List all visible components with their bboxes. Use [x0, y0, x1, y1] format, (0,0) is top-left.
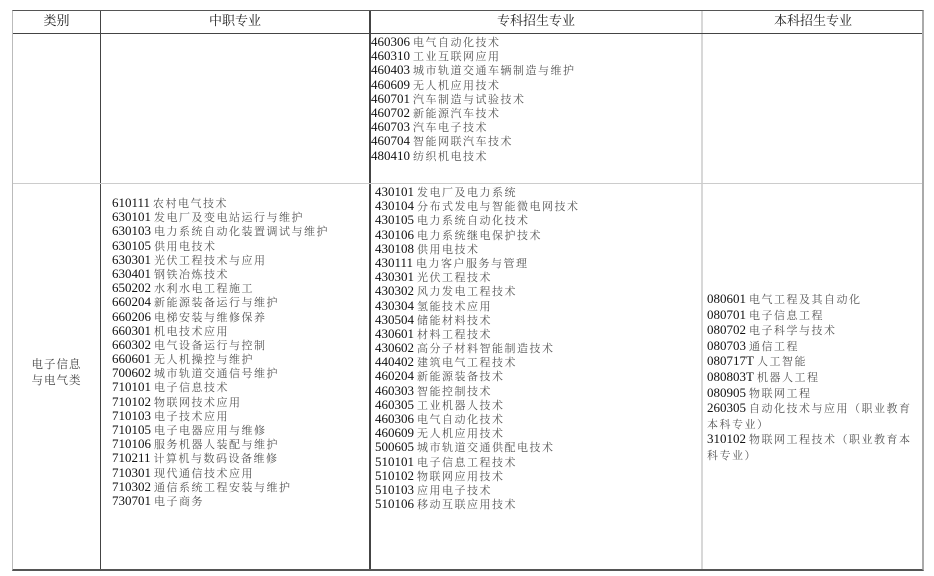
major-code: 430101: [375, 184, 414, 199]
major-code: 460306: [371, 34, 410, 49]
category-line: 与电气类: [13, 372, 100, 388]
major-name: 供用电技术: [417, 243, 480, 256]
major-name: 城市轨道交通信号维护: [154, 367, 279, 380]
major-code: 510103: [375, 482, 414, 497]
major-code: 510106: [375, 496, 414, 511]
major-item: 710102物联网技术应用: [112, 395, 329, 409]
major-name: 风力发电工程技术: [417, 285, 517, 298]
header-undergraduate: 本科招生专业: [703, 11, 923, 33]
major-item: 460703汽车电子技术: [371, 120, 576, 134]
major-name: 汽车制造与试验技术: [413, 93, 526, 106]
secondary-vocational-list: 610111农村电气技术630101发电厂及变电站运行与维护630103电力系统…: [112, 196, 329, 508]
major-item: 660204新能源装备运行与维护: [112, 295, 329, 309]
major-code: 710106: [112, 436, 151, 451]
major-item: 630105供用电技术: [112, 239, 329, 253]
major-name: 电力客户服务与管理: [416, 257, 529, 270]
major-name: 服务机器人装配与维护: [154, 438, 279, 451]
major-item: 630301光伏工程技术与应用: [112, 253, 329, 267]
major-name: 电梯安装与维修保养: [154, 311, 267, 324]
major-code: 260305: [707, 400, 746, 415]
major-name: 氢能技术应用: [417, 300, 492, 313]
major-name: 光伏工程技术与应用: [154, 254, 267, 267]
major-item: 710101电子信息技术: [112, 380, 329, 394]
column-divider: [701, 11, 703, 569]
category-cell: 电子信息 与电气类: [13, 356, 100, 388]
major-name: 农村电气技术: [153, 197, 228, 210]
major-item: 460306电气自动化技术: [375, 412, 580, 426]
major-item: 430304氢能技术应用: [375, 299, 580, 313]
major-name: 汽车电子技术: [413, 121, 488, 134]
major-code: 460306: [375, 411, 414, 426]
major-code: 700602: [112, 365, 151, 380]
major-code: 310102: [707, 431, 746, 446]
major-item: 430108供用电技术: [375, 242, 580, 256]
major-code: 430104: [375, 198, 414, 213]
major-item: 430101发电厂及电力系统: [375, 185, 580, 199]
major-code: 430111: [375, 255, 413, 270]
major-code: 460609: [375, 425, 414, 440]
major-code: 430106: [375, 227, 414, 242]
major-code: 440402: [375, 354, 414, 369]
major-item: 710105电子电器应用与维修: [112, 423, 329, 437]
major-name: 人工智能: [757, 355, 807, 368]
major-name: 新能源装备运行与维护: [154, 296, 279, 309]
major-name: 电子信息技术: [154, 381, 229, 394]
major-item: 430301光伏工程技术: [375, 270, 580, 284]
major-item: 630401钢铁冶炼技术: [112, 267, 329, 281]
major-name: 电力系统自动化装置调试与维护: [154, 225, 329, 238]
major-item: 430104分布式发电与智能微电网技术: [375, 199, 580, 213]
major-item: 430105电力系统自动化技术: [375, 213, 580, 227]
major-item: 660301机电技术应用: [112, 324, 329, 338]
major-code: 630401: [112, 266, 151, 281]
major-code: 660302: [112, 337, 151, 352]
major-name: 现代通信技术应用: [154, 467, 254, 480]
major-name: 智能网联汽车技术: [413, 135, 513, 148]
major-code: 660204: [112, 294, 151, 309]
major-name: 发电厂及变电站运行与维护: [154, 211, 304, 224]
header-category: 类别: [13, 11, 100, 33]
major-code: 630105: [112, 238, 151, 253]
major-code: 710301: [112, 465, 151, 480]
major-item: 650202水利水电工程施工: [112, 281, 329, 295]
major-name: 电气自动化技术: [417, 413, 505, 426]
major-item: 710106服务机器人装配与维护: [112, 437, 329, 451]
major-code: 430601: [375, 326, 414, 341]
undergraduate-list: 080601电气工程及其自动化080701电子信息工程080702电子科学与技术…: [707, 292, 921, 464]
major-name: 工业互联网应用: [413, 50, 501, 63]
major-code: 730701: [112, 493, 151, 508]
major-code: 080601: [707, 291, 746, 306]
major-item: 080803T机器人工程: [707, 370, 921, 386]
major-item: 460310工业互联网应用: [371, 49, 576, 63]
major-item: 430504储能材料技术: [375, 313, 580, 327]
major-name: 工业机器人技术: [417, 399, 505, 412]
major-code: 610111: [112, 195, 150, 210]
major-code: 080803T: [707, 369, 754, 384]
major-item: 710211计算机与数码设备维修: [112, 451, 329, 465]
major-item: 630101发电厂及变电站运行与维护: [112, 210, 329, 224]
major-name: 电气工程及其自动化: [749, 293, 862, 306]
major-name: 水利水电工程施工: [154, 282, 254, 295]
major-name: 无人机应用技术: [417, 427, 505, 440]
major-name: 机器人工程: [757, 371, 820, 384]
major-item: 460609无人机应用技术: [371, 78, 576, 92]
major-item: 260305自动化技术与应用（职业教育本科专业）: [707, 401, 921, 432]
major-name: 电子科学与技术: [749, 324, 837, 337]
major-name: 电子信息工程: [749, 309, 824, 322]
major-code: 630301: [112, 252, 151, 267]
major-name: 物联网工程: [749, 387, 812, 400]
major-name: 分布式发电与智能微电网技术: [417, 200, 580, 213]
junior-college-list-row1: 460306电气自动化技术460310工业互联网应用460403城市轨道交通车辆…: [371, 35, 576, 163]
major-code: 710101: [112, 379, 151, 394]
major-code: 650202: [112, 280, 151, 295]
major-code: 460702: [371, 105, 410, 120]
major-item: 510102物联网应用技术: [375, 469, 580, 483]
major-code: 710105: [112, 422, 151, 437]
major-item: 430601材料工程技术: [375, 327, 580, 341]
major-item: 430111电力客户服务与管理: [375, 256, 580, 270]
major-item: 430602高分子材料智能制造技术: [375, 341, 580, 355]
major-item: 660206电梯安装与维修保养: [112, 310, 329, 324]
major-code: 430105: [375, 212, 414, 227]
major-code: 710102: [112, 394, 151, 409]
major-code: 460303: [375, 383, 414, 398]
major-name: 物联网应用技术: [417, 470, 505, 483]
major-item: 310102物联网工程技术（职业教育本科专业）: [707, 432, 921, 463]
major-item: 510101电子信息工程技术: [375, 455, 580, 469]
major-code: 660301: [112, 323, 151, 338]
major-code: 710103: [112, 408, 151, 423]
major-name: 物联网技术应用: [154, 396, 242, 409]
major-code: 080905: [707, 385, 746, 400]
major-code: 080702: [707, 322, 746, 337]
major-code: 500605: [375, 439, 414, 454]
major-name: 钢铁冶炼技术: [154, 268, 229, 281]
major-item: 630103电力系统自动化装置调试与维护: [112, 224, 329, 238]
major-item: 710103电子技术应用: [112, 409, 329, 423]
major-item: 460303智能控制技术: [375, 384, 580, 398]
major-code: 630103: [112, 223, 151, 238]
column-divider: [100, 11, 101, 569]
major-code: 430602: [375, 340, 414, 355]
major-code: 710302: [112, 479, 151, 494]
major-item: 460701汽车制造与试验技术: [371, 92, 576, 106]
major-code: 430302: [375, 283, 414, 298]
major-name: 无人机应用技术: [413, 79, 501, 92]
major-code: 660206: [112, 309, 151, 324]
major-name: 电子技术应用: [154, 410, 229, 423]
major-name: 电气设备运行与控制: [154, 339, 267, 352]
major-item: 080601电气工程及其自动化: [707, 292, 921, 308]
major-item: 430106电力系统继电保护技术: [375, 228, 580, 242]
major-code: 460310: [371, 48, 410, 63]
major-item: 080703通信工程: [707, 339, 921, 355]
major-item: 710302通信系统工程安装与维护: [112, 480, 329, 494]
major-name: 供用电技术: [154, 240, 217, 253]
major-item: 460702新能源汽车技术: [371, 106, 576, 120]
major-name: 发电厂及电力系统: [417, 186, 517, 199]
junior-college-list-row2: 430101发电厂及电力系统430104分布式发电与智能微电网技术430105电…: [375, 185, 580, 511]
major-item: 510106移动互联应用技术: [375, 497, 580, 511]
major-item: 460305工业机器人技术: [375, 398, 580, 412]
major-item: 080905物联网工程: [707, 386, 921, 402]
major-name: 高分子材料智能制造技术: [417, 342, 555, 355]
major-name: 光伏工程技术: [417, 271, 492, 284]
major-name: 建筑电气工程技术: [417, 356, 517, 369]
major-name: 新能源装备技术: [417, 370, 505, 383]
major-name: 电力系统自动化技术: [417, 214, 530, 227]
major-name: 无人机操控与维护: [154, 353, 254, 366]
major-name: 材料工程技术: [417, 328, 492, 341]
major-item: 500605城市轨道交通供配电技术: [375, 440, 580, 454]
major-item: 730701电子商务: [112, 494, 329, 508]
major-name: 纺织机电技术: [413, 150, 488, 163]
major-code: 430504: [375, 312, 414, 327]
major-name: 电子电器应用与维修: [154, 424, 267, 437]
major-code: 460305: [375, 397, 414, 412]
major-item: 460609无人机应用技术: [375, 426, 580, 440]
major-name: 城市轨道交通供配电技术: [417, 441, 555, 454]
major-code: 460703: [371, 119, 410, 134]
major-code: 460403: [371, 62, 410, 77]
major-code: 460609: [371, 77, 410, 92]
major-name: 智能控制技术: [417, 385, 492, 398]
major-item: 710301现代通信技术应用: [112, 466, 329, 480]
major-code: 460204: [375, 368, 414, 383]
category-line: 电子信息: [13, 356, 100, 372]
header-secondary-vocational: 中职专业: [101, 11, 369, 33]
major-item: 660302电气设备运行与控制: [112, 338, 329, 352]
major-item: 460306电气自动化技术: [371, 35, 576, 49]
major-name: 新能源汽车技术: [413, 107, 501, 120]
major-name: 机电技术应用: [154, 325, 229, 338]
majors-table: 类别 中职专业 专科招生专业 本科招生专业 460306电气自动化技术46031…: [12, 10, 924, 571]
major-code: 660601: [112, 351, 151, 366]
major-item: 610111农村电气技术: [112, 196, 329, 210]
major-code: 080717T: [707, 353, 754, 368]
major-item: 440402建筑电气工程技术: [375, 355, 580, 369]
major-code: 460704: [371, 133, 410, 148]
major-item: 080701电子信息工程: [707, 308, 921, 324]
major-item: 460403城市轨道交通车辆制造与维护: [371, 63, 576, 77]
major-name: 移动互联应用技术: [417, 498, 517, 511]
major-name: 储能材料技术: [417, 314, 492, 327]
major-item: 460704智能网联汽车技术: [371, 134, 576, 148]
major-code: 480410: [371, 148, 410, 163]
major-code: 630101: [112, 209, 151, 224]
major-item: 080717T人工智能: [707, 354, 921, 370]
major-code: 510101: [375, 454, 414, 469]
major-name: 通信系统工程安装与维护: [154, 481, 292, 494]
major-name: 电子商务: [154, 495, 204, 508]
major-item: 660601无人机操控与维护: [112, 352, 329, 366]
row-divider: [13, 183, 922, 184]
major-item: 460204新能源装备技术: [375, 369, 580, 383]
major-name: 电力系统继电保护技术: [417, 229, 542, 242]
major-name: 应用电子技术: [417, 484, 492, 497]
major-code: 430301: [375, 269, 414, 284]
major-item: 480410纺织机电技术: [371, 149, 576, 163]
major-code: 430108: [375, 241, 414, 256]
major-name: 电子信息工程技术: [417, 456, 517, 469]
major-code: 430304: [375, 298, 414, 313]
major-item: 700602城市轨道交通信号维护: [112, 366, 329, 380]
major-code: 710211: [112, 450, 151, 465]
major-item: 430302风力发电工程技术: [375, 284, 580, 298]
major-name: 城市轨道交通车辆制造与维护: [413, 64, 576, 77]
major-name: 通信工程: [749, 340, 799, 353]
major-name: 电气自动化技术: [413, 36, 501, 49]
major-code: 460701: [371, 91, 410, 106]
major-item: 080702电子科学与技术: [707, 323, 921, 339]
major-item: 510103应用电子技术: [375, 483, 580, 497]
major-code: 510102: [375, 468, 414, 483]
major-code: 080703: [707, 338, 746, 353]
major-code: 080701: [707, 307, 746, 322]
header-junior-college: 专科招生专业: [371, 11, 701, 33]
major-name: 计算机与数码设备维修: [154, 452, 279, 465]
header-divider: [13, 33, 922, 34]
